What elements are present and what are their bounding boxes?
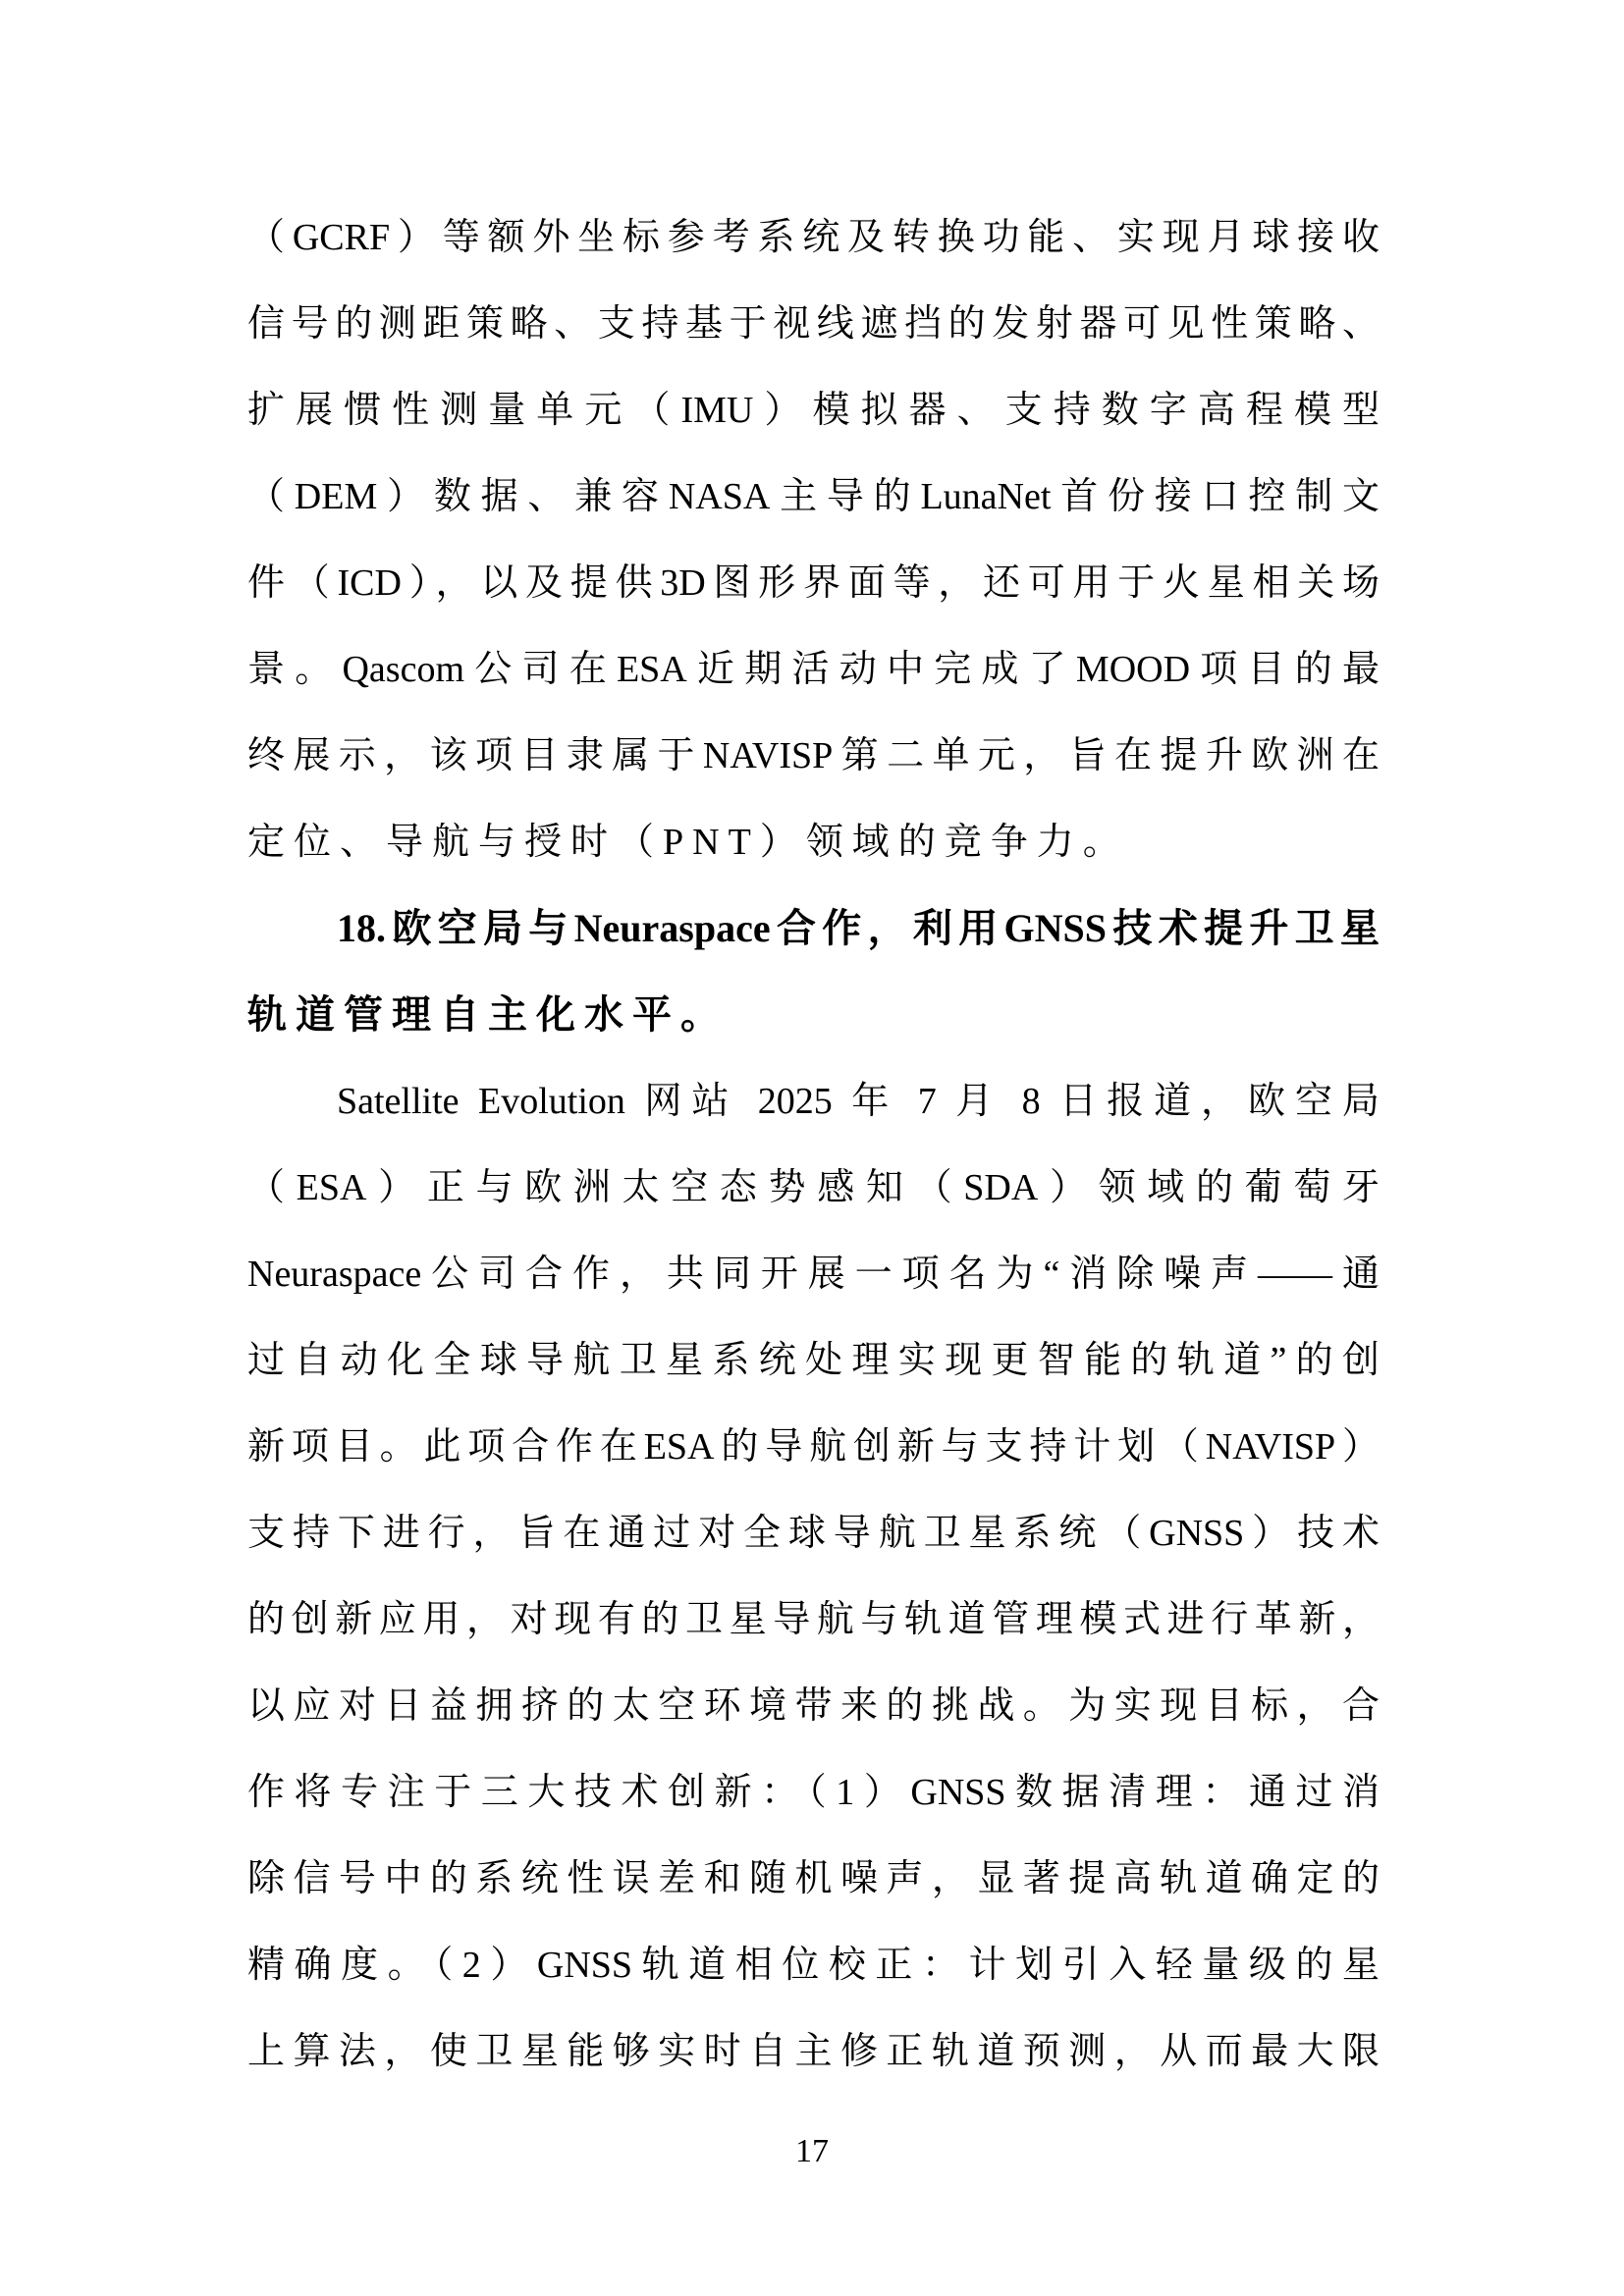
heading-line: 轨道管理自主化水平。 (247, 972, 1380, 1058)
text-line: （GCRF）等额外坐标参考系统及转换功能、实现月球接收 (247, 194, 1380, 281)
text-line: 除信号中的系统性误差和随机噪声，显著提高轨道确定的 (247, 1836, 1380, 1922)
text-line: （DEM）数据、兼容NASA主导的LunaNet首份接口控制文 (247, 454, 1380, 540)
text-line: 支持下进行，旨在通过对全球导航卫星系统（GNSS）技术 (247, 1490, 1380, 1576)
text-line: 信号的测距策略、支持基于视线遮挡的发射器可见性策略、 (247, 281, 1380, 367)
text-line: 以应对日益拥挤的太空环境带来的挑战。为实现目标，合 (247, 1663, 1380, 1749)
text-line: 终展示，该项目隶属于NAVISP第二单元，旨在提升欧洲在 (247, 713, 1380, 799)
text-block: （GCRF）等额外坐标参考系统及转换功能、实现月球接收信号的测距策略、支持基于视… (247, 194, 1380, 2095)
text-line: 过自动化全球导航卫星系统处理实现更智能的轨道”的创 (247, 1317, 1380, 1404)
document-page: （GCRF）等额外坐标参考系统及转换功能、实现月球接收信号的测距策略、支持基于视… (0, 0, 1624, 2296)
text-line: 作将专注于三大技术创新：（1）GNSS数据清理：通过消 (247, 1749, 1380, 1836)
text-line: 新项目。此项合作在ESA的导航创新与支持计划（NAVISP） (247, 1404, 1380, 1490)
page-number: 17 (0, 2128, 1624, 2175)
text-line: 景。Qascom公司在ESA近期活动中完成了MOOD项目的最 (247, 626, 1380, 713)
text-line: 定位、导航与授时（PNT）领域的竞争力。 (247, 799, 1380, 885)
text-line: 扩展惯性测量单元（IMU）模拟器、支持数字高程模型 (247, 367, 1380, 454)
text-line: 件（ICD），以及提供3D图形界面等，还可用于火星相关场 (247, 540, 1380, 626)
text-line: Neuraspace公司合作，共同开展一项名为“消除噪声——通 (247, 1231, 1380, 1317)
text-line: Satellite Evolution 网站 2025 年 7 月 8 日报道，… (247, 1058, 1380, 1145)
text-line: 上算法，使卫星能够实时自主修正轨道预测，从而最大限 (247, 2008, 1380, 2095)
text-line: 的创新应用，对现有的卫星导航与轨道管理模式进行革新， (247, 1576, 1380, 1663)
text-line: （ESA）正与欧洲太空态势感知（SDA）领域的葡萄牙 (247, 1145, 1380, 1231)
text-line: 精确度。（2）GNSS轨道相位校正：计划引入轻量级的星 (247, 1922, 1380, 2008)
heading-line: 18.欧空局与Neuraspace合作，利用GNSS技术提升卫星 (247, 885, 1380, 972)
